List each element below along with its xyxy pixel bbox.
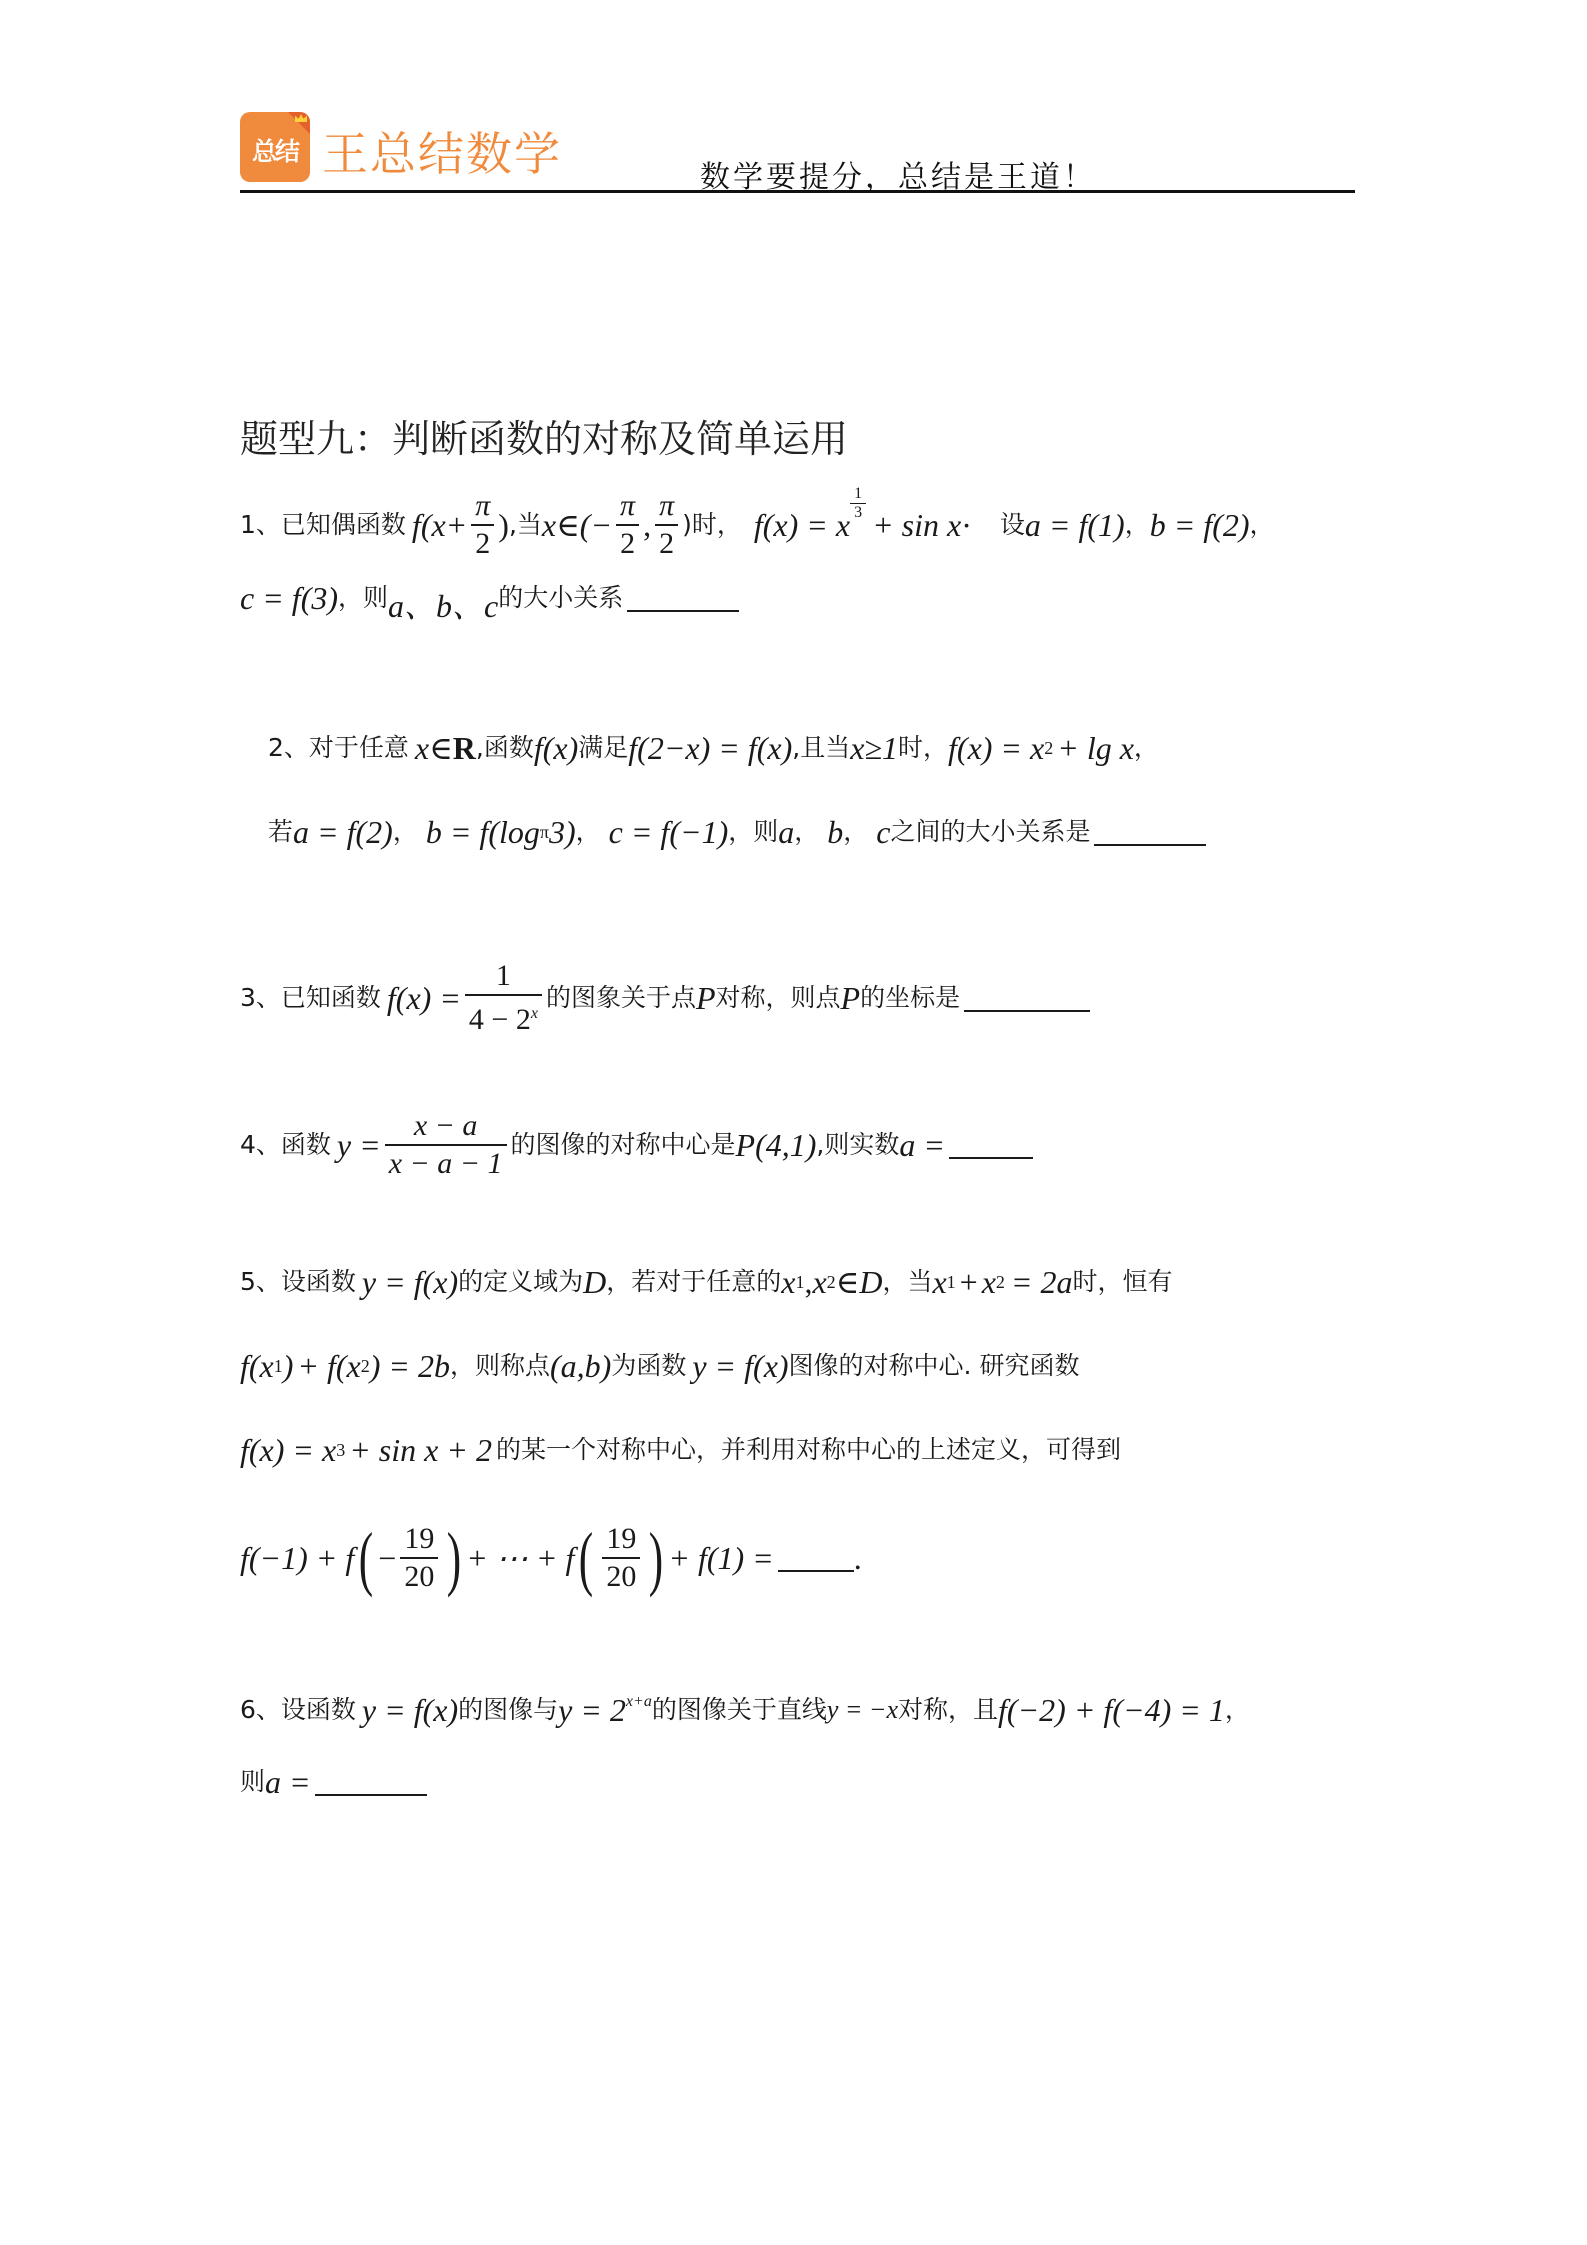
- problem-1-line-1: 1、已知偶函数 f(x+ π2 ) ,当 x∈(− π2 , π2 )时， f(…: [240, 488, 1275, 562]
- answer-blank-3[interactable]: [964, 984, 1090, 1012]
- worksheet-page: 总结 王总结数学 数学要提分，总结是王道！ 题型九：判断函数的对称及简单运用 1…: [0, 0, 1587, 2245]
- problem-4-line-1: 4、函数 y = x − a x − a − 1 的图像的对称中心是 P(4,1…: [240, 1108, 1033, 1182]
- section-title: 题型九：判断函数的对称及简单运用: [240, 408, 848, 463]
- logo-text: 总结: [240, 132, 310, 168]
- problem-3-line-1: 3、已知函数 f(x) = 1 4 − 2x 的图象关于点 P 对称，则点 P …: [240, 958, 1090, 1038]
- header-divider: [240, 190, 1355, 193]
- exponent-one-third: 13: [850, 485, 866, 522]
- logo-corner: [288, 112, 310, 134]
- problem-6-line-2: 则 a =: [240, 1762, 427, 1802]
- answer-blank-2[interactable]: [1094, 818, 1206, 846]
- problem-5-line-1: 5、设函数 y = f(x) 的定义域为 D ，若对于任意的 x1 , x2 ∈…: [240, 1262, 1173, 1302]
- problem-1-line-2: c = f(3) ，则 a、b、c 的大小关系: [240, 578, 739, 618]
- fraction-19-over-20: 1920: [400, 1521, 438, 1595]
- problem-6-line-1: 6、设函数 y = f(x) 的图像与 y = 2 x+a 的图像关于直线 y …: [240, 1690, 1250, 1730]
- problem-5-line-3: f(x) = x 3 + sin x + 2 的某一个对称中心，并利用对称中心的…: [240, 1430, 1121, 1470]
- answer-blank-1[interactable]: [627, 584, 739, 612]
- fraction-pi-over-2: π2: [471, 488, 494, 562]
- fraction-x-minus-a: x − a x − a − 1: [385, 1108, 507, 1182]
- answer-blank-5[interactable]: [778, 1544, 854, 1572]
- problem-5-line-2: f(x1) + f(x2 ) = 2b ，则称点 (a,b) 为函数 y = f…: [240, 1346, 1079, 1386]
- answer-blank-4[interactable]: [949, 1131, 1033, 1159]
- answer-blank-6[interactable]: [315, 1768, 427, 1796]
- problem-2-line-2: 若 a = f(2) ， b = f(log π 3) ， c = f(−1) …: [268, 812, 1206, 852]
- problem-5-line-4: f(−1) + f ( − 1920 ) + ⋯ + f ( 1920 ) + …: [240, 1518, 862, 1598]
- logo-icon: 总结: [240, 112, 310, 182]
- brand-name: 王总结数学: [322, 118, 562, 184]
- problem-2-line-1: 2、对于任意 x∈ R ,函数 f(x) 满足 f(2−x) = f(x) ,且…: [268, 728, 1159, 768]
- fraction-1-over-4-minus-2x: 1 4 − 2x: [465, 958, 542, 1038]
